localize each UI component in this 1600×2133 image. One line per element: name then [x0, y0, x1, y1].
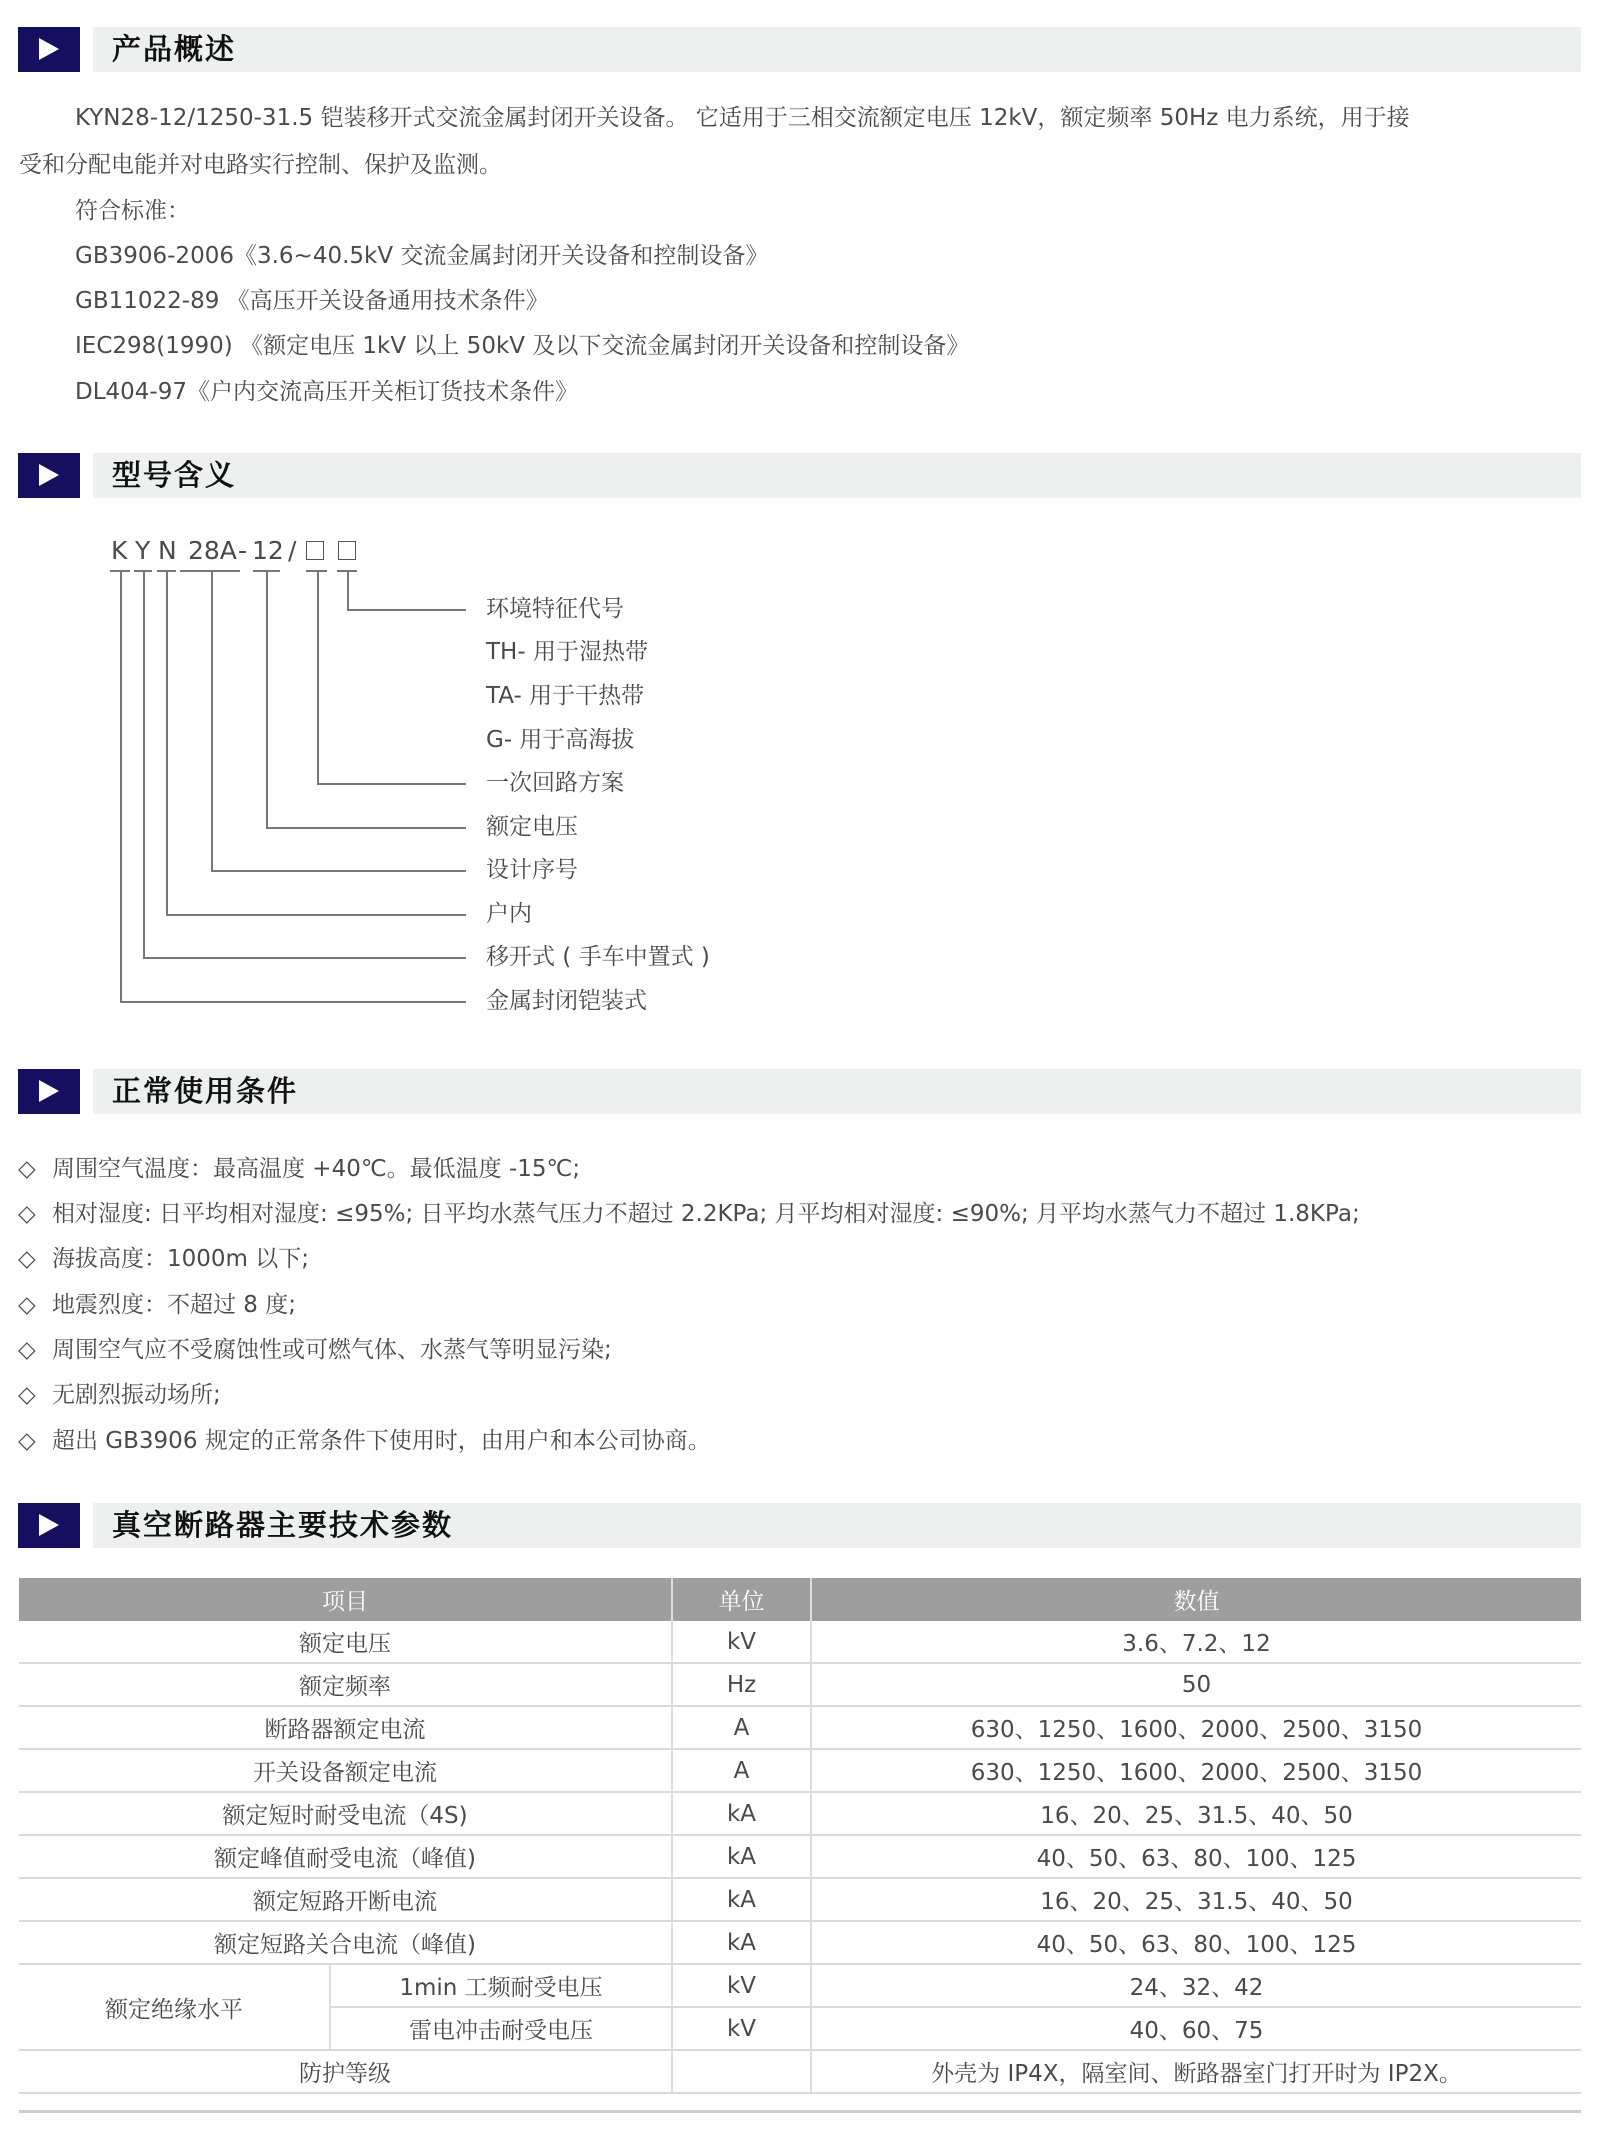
- section-header-specs: 真空断路器主要技术参数: [18, 1503, 1581, 1548]
- spec-table: 项目 单位 数值 额定电压kV3.6、7.2、12 额定频率Hz50 断路器额定…: [19, 1578, 1581, 2094]
- code-part-design: 28A: [188, 536, 237, 566]
- condition-item: ◇超出 GB3906 规定的正常条件下使用时，由用户和本公司协商。: [18, 1426, 711, 1456]
- placeholder-box-scheme: [306, 541, 324, 560]
- play-arrow-icon: [18, 1503, 80, 1548]
- table-header-row: 项目 单位 数值: [19, 1578, 1581, 1621]
- table-row: 额定绝缘水平 1min 工频耐受电压 kV 24、32、42: [19, 1964, 1581, 2007]
- leader-line: [211, 870, 466, 872]
- standard-item: IEC298(1990) 《额定电压 1kV 以上 50kV 及以下交流金属封闭…: [75, 331, 969, 361]
- section-title: 正常使用条件: [112, 1069, 298, 1114]
- model-label: 额定电压: [486, 812, 578, 842]
- section-bar: [93, 453, 1581, 498]
- placeholder-box-environment: [338, 541, 356, 560]
- header-item: 项目: [19, 1578, 672, 1621]
- table-row: 防护等级外壳为 IP4X，隔室间、断路器室门打开时为 IP2X。: [19, 2050, 1581, 2093]
- table-row: 额定频率Hz50: [19, 1663, 1581, 1706]
- section-title: 型号含义: [112, 453, 236, 498]
- model-label: 户内: [486, 899, 532, 929]
- leader-line: [166, 570, 168, 915]
- code-part-k: K: [111, 536, 127, 566]
- leader-line: [347, 609, 466, 611]
- condition-item: ◇地震烈度：不超过 8 度;: [18, 1290, 296, 1320]
- standard-item: GB11022-89 《高压开关设备通用技术条件》: [75, 286, 549, 316]
- condition-item: ◇周围空气温度：最高温度 +40℃。最低温度 -15℃;: [18, 1154, 580, 1184]
- leader-line: [120, 1001, 466, 1003]
- model-label: TA- 用于干热带: [486, 681, 644, 711]
- table-row: 开关设备额定电流A630、1250、1600、2000、2500、3150: [19, 1749, 1581, 1792]
- diamond-bullet-icon: ◇: [18, 1380, 44, 1410]
- code-part-n: N: [158, 536, 177, 566]
- section-header-conditions: 正常使用条件: [18, 1069, 1581, 1114]
- model-label: 一次回路方案: [486, 768, 624, 798]
- condition-item: ◇无剧烈振动场所;: [18, 1380, 221, 1410]
- section-title: 产品概述: [112, 27, 236, 72]
- table-row: 额定电压kV3.6、7.2、12: [19, 1621, 1581, 1663]
- model-label: 环境特征代号: [486, 594, 624, 624]
- leader-line: [347, 570, 349, 610]
- diamond-bullet-icon: ◇: [18, 1290, 44, 1320]
- leader-line: [317, 783, 466, 785]
- code-part-voltage: 12: [252, 536, 284, 566]
- code-part-dash: -: [238, 536, 247, 566]
- leader-line: [143, 957, 466, 959]
- table-row: 断路器额定电流A630、1250、1600、2000、2500、3150: [19, 1706, 1581, 1749]
- play-arrow-icon: [18, 453, 80, 498]
- diamond-bullet-icon: ◇: [18, 1199, 44, 1229]
- bottom-divider: [19, 2110, 1581, 2113]
- leader-line: [143, 570, 145, 958]
- leader-line: [120, 570, 122, 1002]
- header-unit: 单位: [672, 1578, 811, 1621]
- table-row: 额定短路关合电流（峰值)kA40、50、63、80、100、125: [19, 1921, 1581, 1964]
- table-row: 额定短路开断电流kA16、20、25、31.5、40、50: [19, 1878, 1581, 1921]
- diamond-bullet-icon: ◇: [18, 1244, 44, 1274]
- standard-item: DL404-97《户内交流高压开关柜订货技术条件》: [75, 377, 578, 407]
- diamond-bullet-icon: ◇: [18, 1154, 44, 1184]
- section-bar: [93, 27, 1581, 72]
- leader-line: [266, 570, 268, 828]
- play-arrow-icon: [18, 27, 80, 72]
- condition-item: ◇海拔高度：1000m 以下;: [18, 1244, 309, 1274]
- section-header-overview: 产品概述: [18, 27, 1581, 72]
- leader-line: [266, 827, 466, 829]
- leader-line: [317, 570, 319, 784]
- model-label: 金属封闭铠装式: [486, 986, 647, 1016]
- standards-label: 符合标准：: [75, 196, 190, 226]
- table-row: 额定峰值耐受电流（峰值)kA40、50、63、80、100、125: [19, 1835, 1581, 1878]
- play-arrow-icon: [18, 1069, 80, 1114]
- tick: [180, 570, 240, 572]
- overview-paragraph-line2: 受和分配电能并对电路实行控制、保护及监测。: [19, 150, 502, 180]
- code-part-y: Y: [135, 536, 150, 566]
- diamond-bullet-icon: ◇: [18, 1426, 44, 1456]
- leader-line: [211, 570, 213, 871]
- section-header-model: 型号含义: [18, 453, 1581, 498]
- insulation-group-cell: 额定绝缘水平: [19, 1964, 330, 2050]
- model-label: 移开式 ( 手车中置式 ): [486, 942, 710, 972]
- condition-item: ◇周围空气应不受腐蚀性或可燃气体、水蒸气等明显污染;: [18, 1335, 612, 1365]
- diamond-bullet-icon: ◇: [18, 1335, 44, 1365]
- condition-item: ◇相对湿度: 日平均相对湿度: ≤95%; 日平均水蒸气压力不超过 2.2KPa…: [18, 1199, 1360, 1229]
- overview-paragraph-line1: KYN28-12/1250-31.5 铠装移开式交流金属封闭开关设备。 它适用于…: [75, 103, 1410, 133]
- section-title: 真空断路器主要技术参数: [112, 1503, 453, 1548]
- standard-item: GB3906-2006《3.6~40.5kV 交流金属封闭开关设备和控制设备》: [75, 241, 768, 271]
- model-label: 设计序号: [486, 855, 578, 885]
- code-part-slash: /: [288, 536, 296, 566]
- leader-line: [166, 914, 466, 916]
- header-value: 数值: [811, 1578, 1581, 1621]
- model-label: TH- 用于湿热带: [486, 637, 648, 667]
- section-bar: [93, 1069, 1581, 1114]
- model-label: G- 用于高海拔: [486, 725, 634, 755]
- table-row: 额定短时耐受电流（4S)kA16、20、25、31.5、40、50: [19, 1792, 1581, 1835]
